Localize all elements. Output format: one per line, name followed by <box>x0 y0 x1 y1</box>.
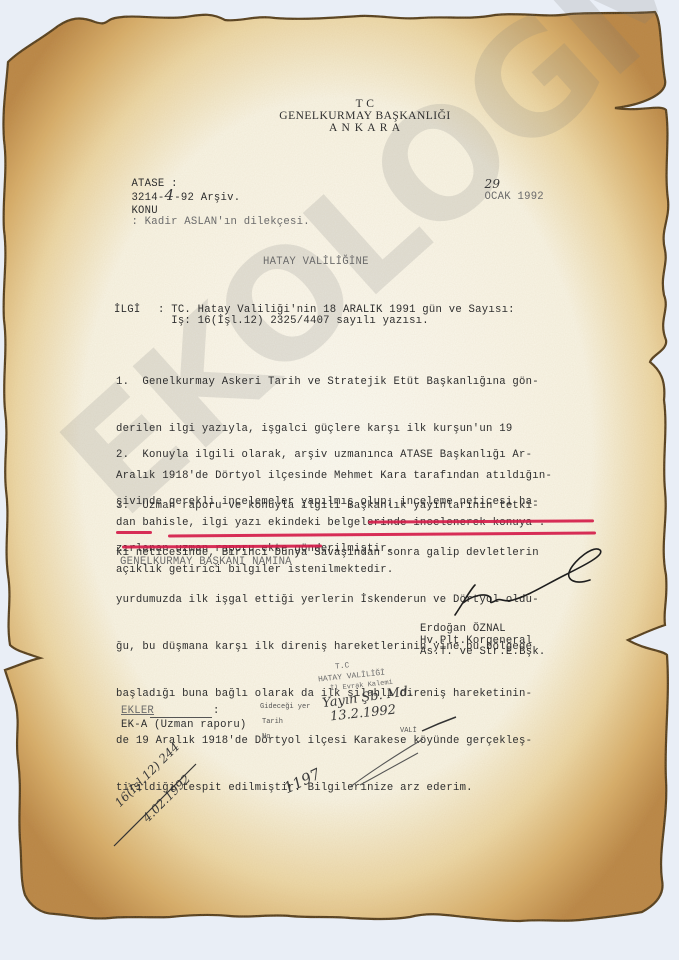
attachment-item: EK-A (Uzman raporu) <box>121 720 247 731</box>
document: T C GENELKURMAY BAŞKANLIĞI A N K A R A A… <box>0 0 679 960</box>
attachments-label: EKLER <box>121 706 154 717</box>
paragraph-line: 2. Konuyla ilgili olarak, arşiv uzmanınc… <box>116 450 539 461</box>
paragraph-line: de 19 Aralık 1918'de Dörtyol ilçesi Kara… <box>116 736 539 747</box>
ilgi-line-2: Iş: 16(İşl.12) 2325/4407 sayılı yazısı. <box>158 316 429 327</box>
header-institution: GENELKURMAY BAŞKANLIĞI <box>200 110 530 122</box>
header-city: A N K A R A <box>200 122 530 134</box>
on-behalf-line: GENELKURMAY BAŞKANI NAMINA <box>120 557 292 568</box>
handwritten-slash <box>110 760 200 850</box>
stamp-tc: T.C <box>335 661 350 671</box>
ilgi-label: İLGİ <box>114 305 140 316</box>
addressee: HATAY VALİLİĞİNE <box>263 257 369 268</box>
handwritten-strokes <box>348 735 428 790</box>
signatory-title: As.T. ve Str.E.Bşk. <box>420 647 546 658</box>
date-hand-day: 29 <box>484 177 500 191</box>
stamp-vali-stroke <box>420 715 460 735</box>
stamp-no-label: No <box>262 733 270 741</box>
highlight-underline <box>116 531 152 534</box>
konu-line: KONU : Kadir ASLAN'ın dilekçesi. <box>105 195 310 239</box>
date-value: OCAK 1992 <box>484 191 543 203</box>
stamp-date-label: Tarih <box>262 718 283 726</box>
attachments-rule <box>150 717 212 718</box>
stamp-vali: VALİ <box>400 727 417 735</box>
document-date: 29 OCAK 1992 <box>458 168 544 214</box>
attachments-colon: : <box>213 706 220 717</box>
signature <box>445 545 615 625</box>
paragraph-line: 3. Uzman raporu ve konuyla ilgili Başkan… <box>116 501 539 512</box>
konu-value: : Kadir ASLAN'ın dilekçesi. <box>131 216 309 228</box>
highlight-underline <box>368 519 594 523</box>
paragraph-line: 1. Genelkurmay Askeri Tarih ve Stratejik… <box>116 377 552 388</box>
signatory-name: Erdoğan ÖZNAL <box>420 624 506 635</box>
stamp-destination-label: Gideceği yer <box>260 703 310 711</box>
header-tc: T C <box>200 98 530 110</box>
